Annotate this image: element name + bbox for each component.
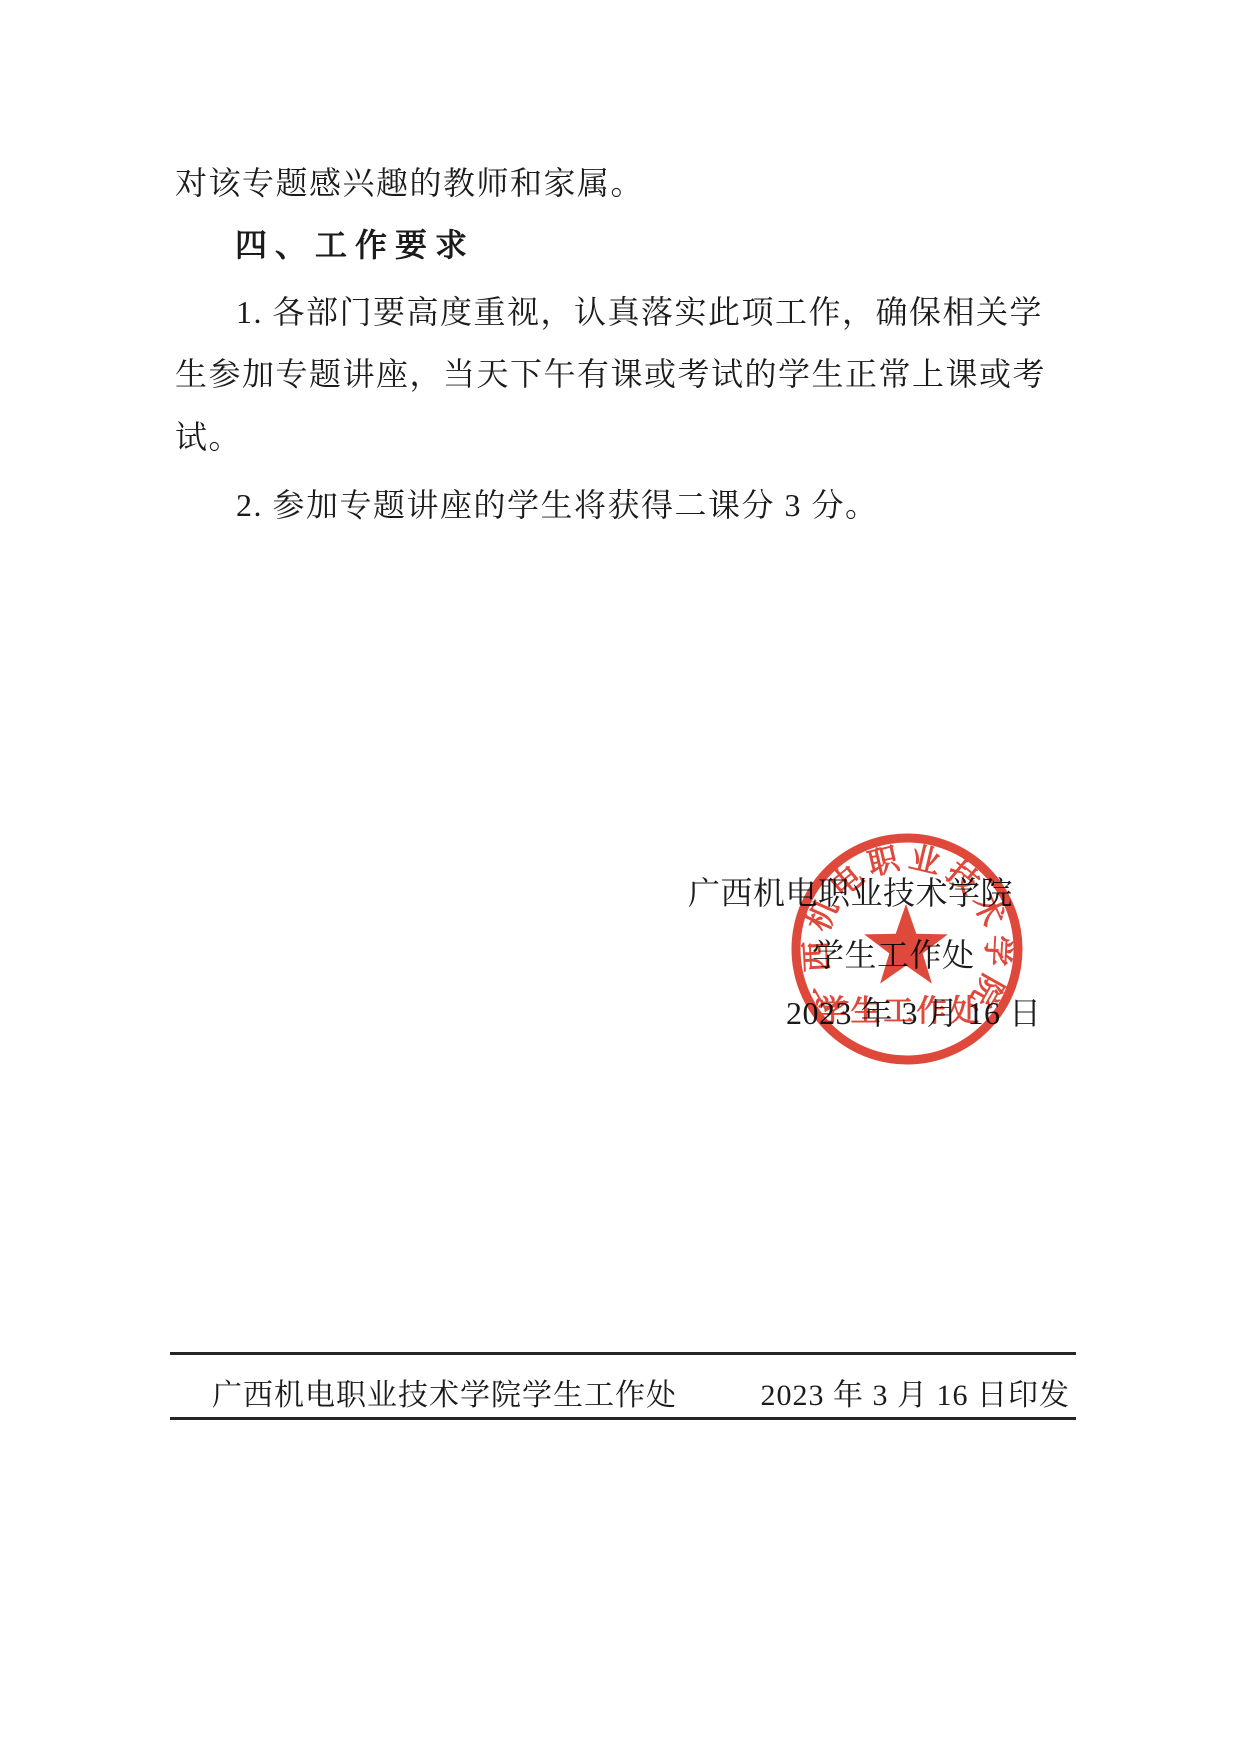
seal-bottom-text: 学生工作处 xyxy=(818,995,983,1028)
footer-rule-top xyxy=(170,1352,1076,1355)
work-item-1-line-1: 1. 各部门要高度重视，认真落实此项工作，确保相关学 xyxy=(236,294,1043,330)
footer-row: 广西机电职业技术学院学生工作处 2023 年 3 月 16 日印发 xyxy=(170,1370,1076,1414)
work-item-2: 2. 参加专题讲座的学生将获得二课分 3 分。 xyxy=(236,487,879,523)
section-heading: 四、工作要求 xyxy=(235,227,475,263)
work-item-1-line-3: 试。 xyxy=(175,419,242,455)
footer-print-date: 2023 年 3 月 16 日印发 xyxy=(761,1370,1071,1414)
paragraph-continuation: 对该专题感兴趣的教师和家属。 xyxy=(175,165,644,201)
footer-issuer: 广西机电职业技术学院学生工作处 xyxy=(212,1370,677,1414)
work-item-1-line-2: 生参加专题讲座，当天下午有课或考试的学生正常上课或考 xyxy=(175,356,1046,392)
footer-rule-bottom xyxy=(170,1417,1076,1420)
official-seal: 广西机电职业技术学院 学生工作处 xyxy=(760,810,1060,1090)
seal-star-icon xyxy=(864,904,948,984)
document-page: 对该专题感兴趣的教师和家属。 四、工作要求 1. 各部门要高度重视，认真落实此项… xyxy=(0,0,1240,1753)
